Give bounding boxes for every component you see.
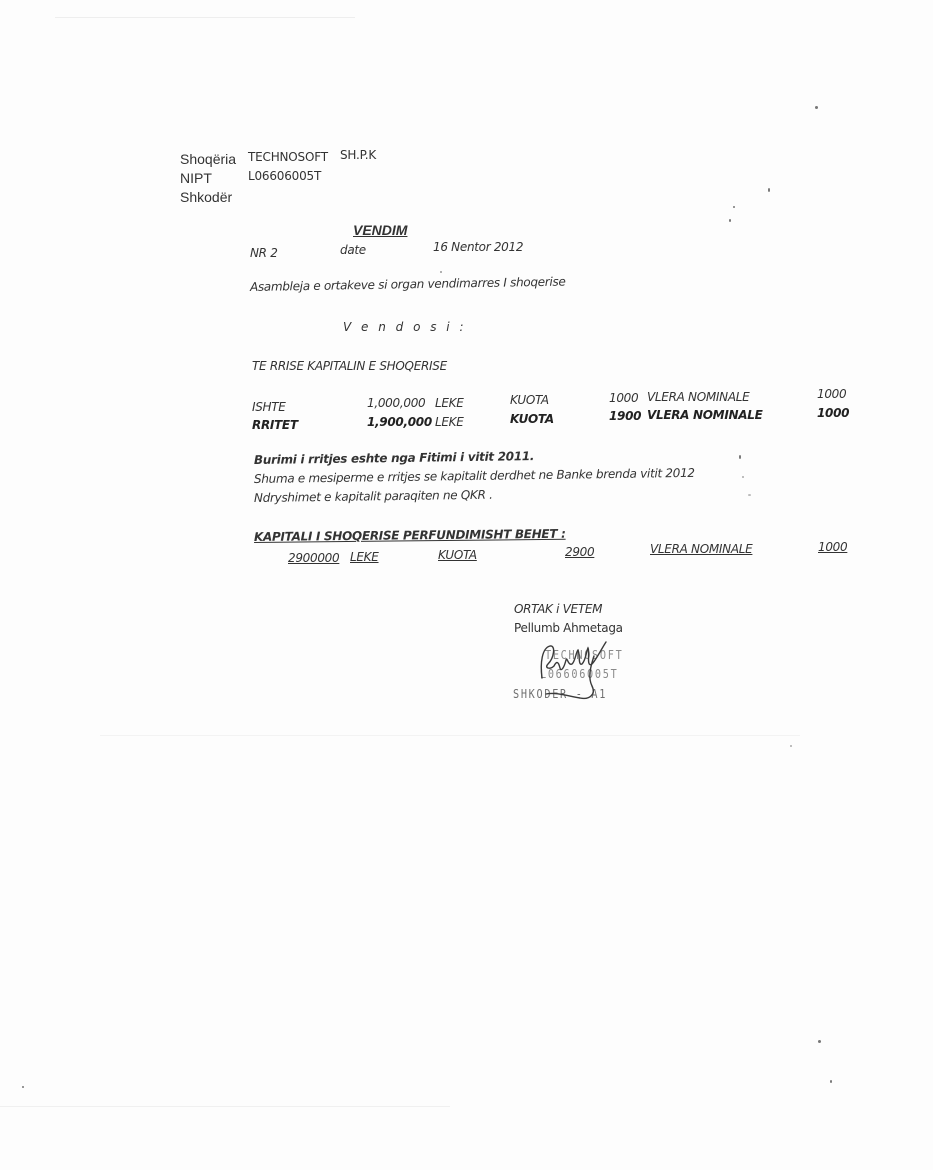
- assembly-text: Asambleja e ortakeve si organ vendimarre…: [250, 274, 566, 294]
- nipt-label: NIPT: [180, 170, 212, 186]
- qkr-registration-note: Ndryshimet e kapitalit paraqiten ne QKR …: [254, 488, 493, 505]
- scan-line: [0, 1106, 450, 1107]
- signatory-name: Pellumb Ahmetaga: [514, 621, 623, 635]
- row-currency: LEKE: [435, 396, 464, 410]
- nipt-value: L06606005T: [248, 169, 321, 183]
- company-name: TECHNOSOFT: [248, 150, 328, 164]
- row-nominal-value: 1000: [817, 406, 849, 420]
- bank-deposit-note: Shuma e mesiperme e rritjes se kapitalit…: [254, 466, 695, 486]
- row-nominal-value: 1000: [817, 387, 846, 401]
- scan-speck: [768, 188, 770, 192]
- scan-speck: [440, 271, 442, 273]
- resolution-text: TE RRISE KAPITALIN E SHOQERISE: [252, 359, 447, 373]
- row-amount: 1,000,000: [367, 396, 425, 410]
- signatory-role: ORTAK i VETEM: [514, 602, 602, 616]
- handwritten-signature: [520, 638, 630, 708]
- final-amount: 2900000: [288, 551, 339, 565]
- scan-speck: [830, 1080, 832, 1083]
- final-quota: 2900: [565, 545, 594, 559]
- scan-speck: [748, 494, 751, 496]
- city-label: Shkodër: [180, 189, 232, 205]
- row-nominal-label: VLERA NOMINALE: [647, 390, 749, 404]
- scan-speck: [818, 1040, 821, 1043]
- scan-speck: [815, 106, 818, 109]
- scan-speck: [729, 219, 731, 222]
- final-quota-label: KUOTA: [438, 548, 477, 562]
- scan-speck: [742, 476, 744, 478]
- row-quota: 1900: [609, 409, 641, 423]
- final-nominal-label: VLERA NOMINALE: [650, 542, 752, 556]
- company-type: SH.P.K: [340, 148, 376, 162]
- decision-number: NR 2: [250, 246, 278, 260]
- final-capital-heading: KAPITALI I SHOQERISE PERFUNDIMISHT BEHET…: [254, 527, 566, 544]
- row-currency: LEKE: [435, 415, 464, 429]
- date-value: 16 Nentor 2012: [433, 240, 523, 254]
- row-nominal-label: VLERA NOMINALE: [647, 408, 762, 422]
- final-nominal-value: 1000: [818, 540, 847, 554]
- row-label: RRITET: [252, 418, 298, 432]
- row-amount: 1,900,000: [367, 415, 432, 429]
- document-title: VENDIM: [353, 222, 407, 238]
- row-quota-label: KUOTA: [510, 393, 549, 407]
- scan-line: [100, 735, 800, 736]
- company-label: Shoqëria: [180, 151, 236, 167]
- scanned-document-page: Shoqëria TECHNOSOFT SH.P.K NIPT L0660600…: [0, 0, 933, 1170]
- scan-line: [55, 17, 355, 18]
- row-quota: 1000: [609, 391, 638, 405]
- scan-speck: [739, 455, 741, 459]
- date-label: date: [340, 243, 366, 257]
- scan-speck: [22, 1086, 24, 1088]
- scan-speck: [733, 206, 735, 208]
- row-label: ISHTE: [252, 400, 286, 414]
- final-currency: LEKE: [350, 550, 379, 564]
- decided-label: V e n d o s i :: [343, 320, 467, 334]
- scan-speck: [790, 745, 792, 747]
- capital-source-note: Burimi i rritjes eshte nga Fitimi i viti…: [254, 449, 534, 467]
- row-quota-label: KUOTA: [510, 412, 554, 426]
